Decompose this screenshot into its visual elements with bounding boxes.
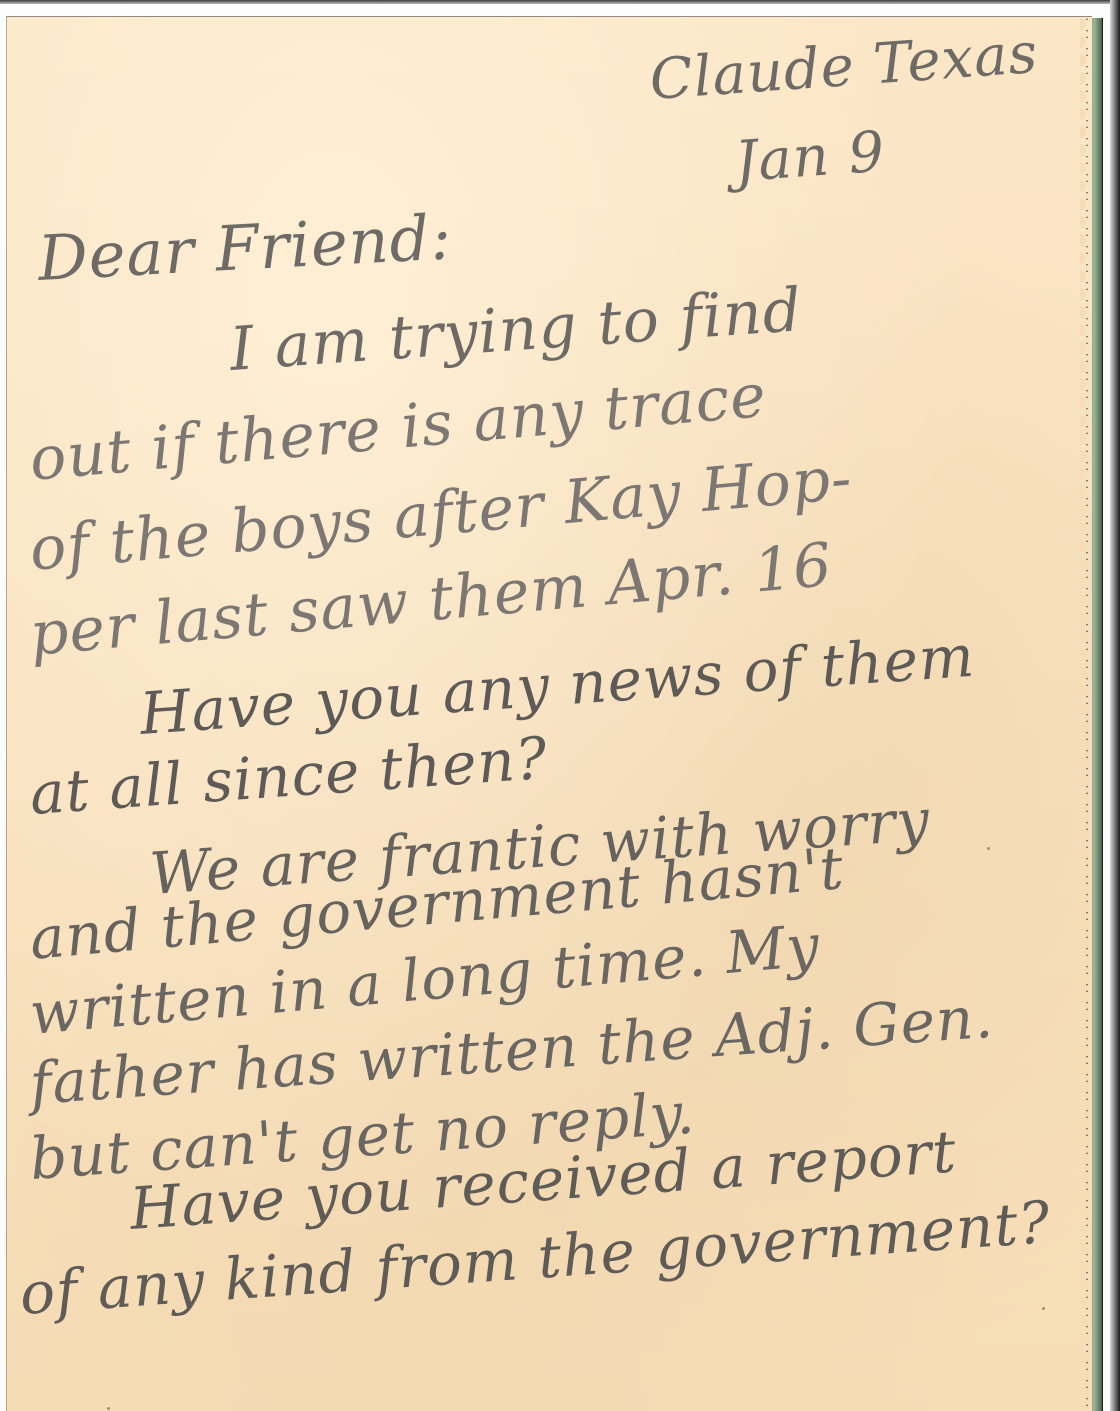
scanner-right-edge: [1110, 0, 1120, 1411]
scanned-letter: Claude Texas Jan 9 Dear Friend: I am try…: [0, 0, 1120, 1411]
scanner-edge-shadow: [0, 0, 1120, 4]
deckled-edge-outline: [1086, 16, 1088, 1411]
letter-date: Jan 9: [733, 120, 888, 195]
paper-speck: [1042, 1307, 1045, 1310]
paper-speck: [107, 1407, 110, 1410]
paper-speck: [987, 847, 990, 850]
